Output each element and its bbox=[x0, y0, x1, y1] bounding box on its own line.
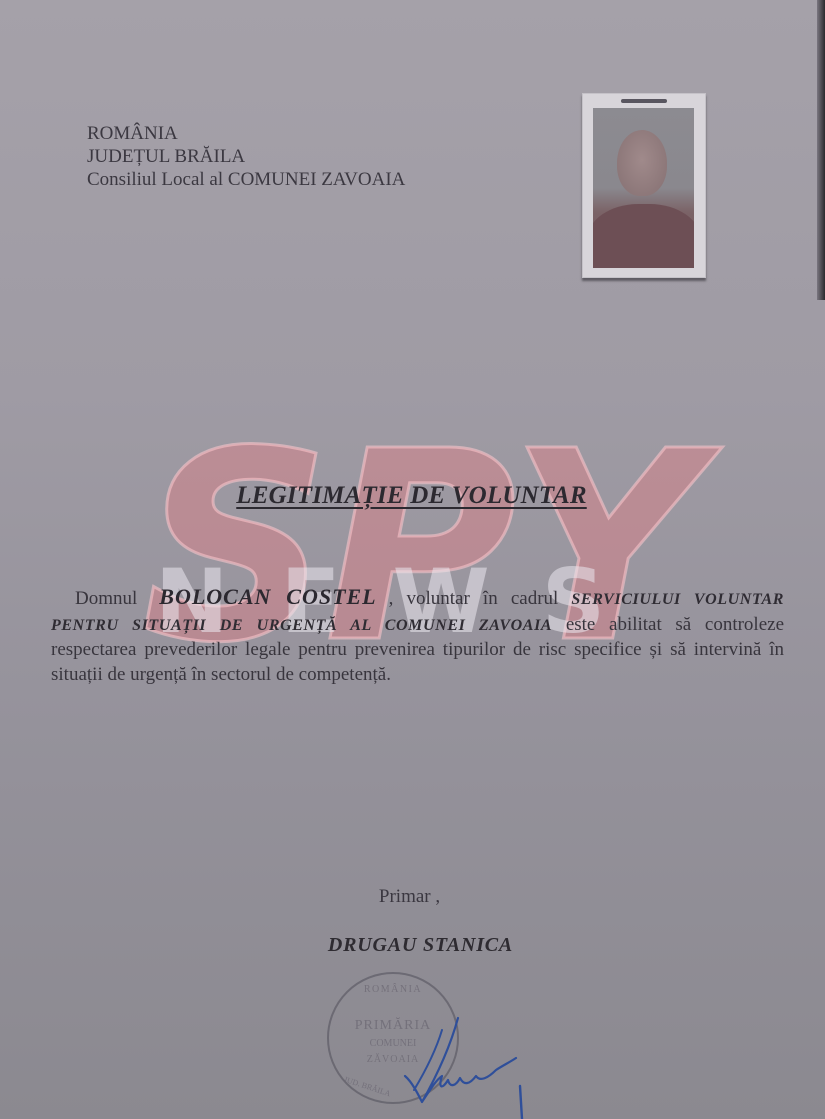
body-part-1: , voluntar în cadrul bbox=[389, 588, 559, 609]
volunteer-name: BOLOCAN COSTEL bbox=[159, 584, 376, 609]
signatory-title: Primar , bbox=[0, 886, 825, 908]
portrait-shoulders bbox=[593, 204, 694, 268]
council-line: Consiliul Local al COMUNEI ZAVOAIA bbox=[87, 168, 405, 191]
portrait-head bbox=[617, 130, 667, 196]
page-edge bbox=[817, 0, 825, 300]
portrait-image bbox=[593, 108, 694, 268]
issuer-header: ROMÂNIA JUDEȚUL BRĂILA Consiliul Local a… bbox=[87, 122, 405, 191]
document-title-text: LEGITIMAȚIE DE VOLUNTAR bbox=[236, 482, 587, 510]
body-paragraph: DomnulBOLOCAN COSTEL, voluntar în cadrul… bbox=[51, 585, 784, 687]
signatory-title-text: Primar , bbox=[379, 886, 440, 908]
signatory-name: DRUGAU STANICA bbox=[0, 934, 825, 957]
county-line: JUDEȚUL BRĂILA bbox=[87, 145, 405, 168]
stamp-arc-top: ROMÂNIA bbox=[329, 984, 457, 995]
salutation: Domnul bbox=[75, 588, 137, 609]
id-photo bbox=[582, 93, 706, 278]
signatory-name-text: DRUGAU STANICA bbox=[328, 934, 513, 957]
country-line: ROMÂNIA bbox=[87, 122, 405, 145]
handwritten-signature bbox=[330, 1010, 530, 1119]
photo-slot bbox=[621, 99, 667, 103]
document-title: LEGITIMAȚIE DE VOLUNTAR bbox=[0, 482, 825, 510]
